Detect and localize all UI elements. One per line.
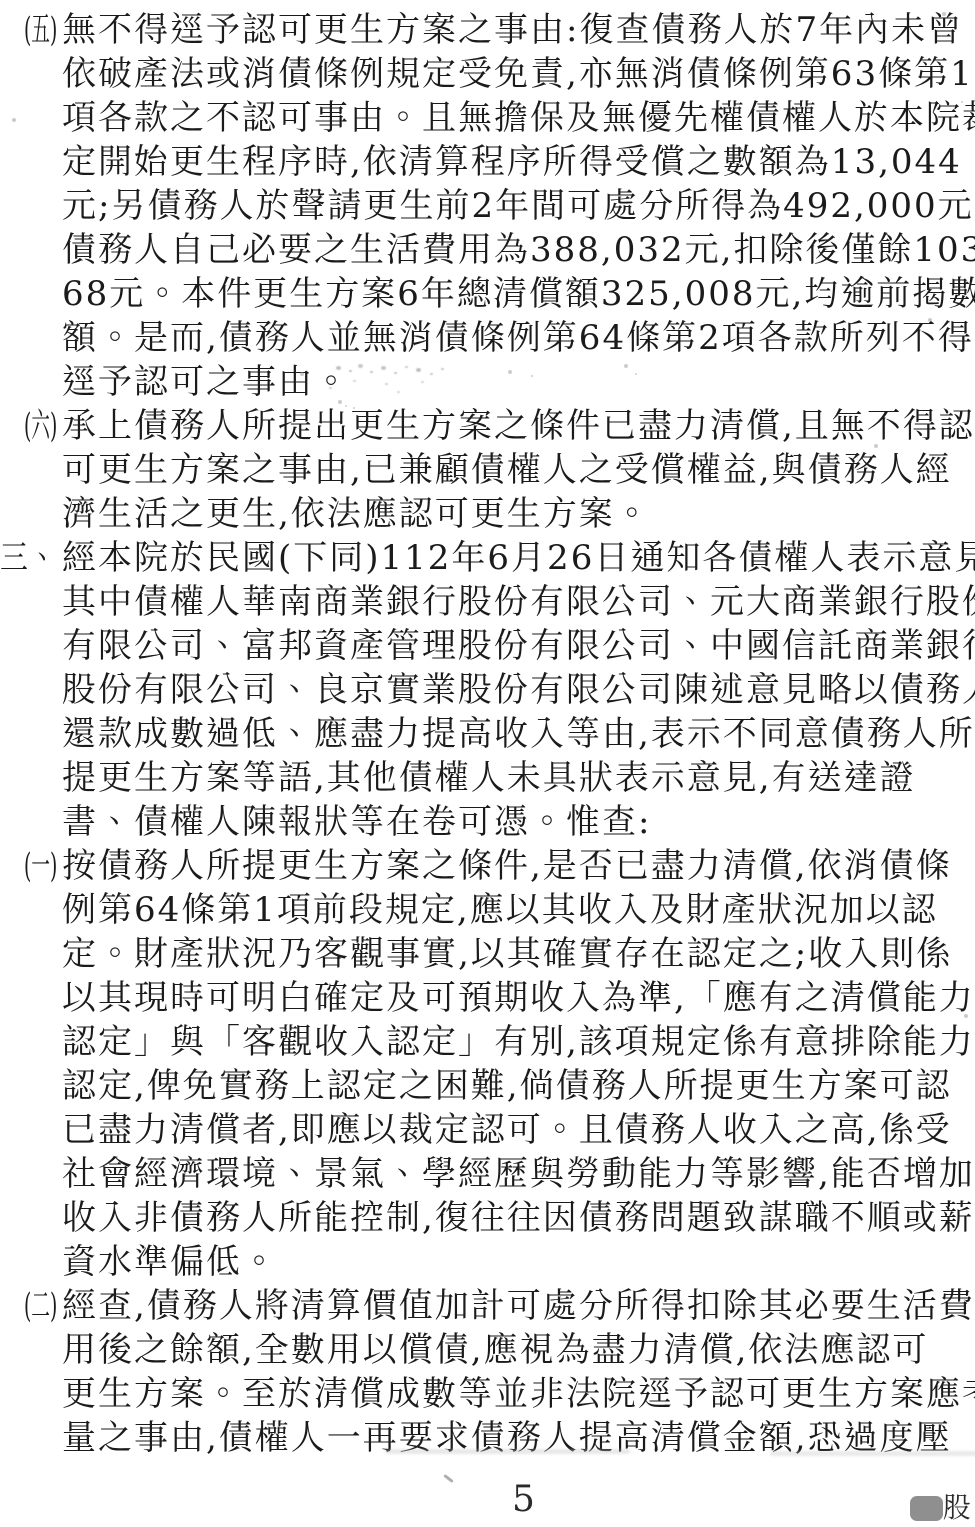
text-line: 收入非債務人所能控制,復往往因債務問題致謀職不順或薪 <box>62 1196 975 1240</box>
text-line: 股份有限公司、良京實業股份有限公司陳述意見略以債務人 <box>62 668 975 712</box>
text-line: 68元。本件更生方案6年總清償額325,008元,均逾前揭數 <box>62 272 975 316</box>
text-line: 逕予認可之事由。 <box>62 360 975 404</box>
text-line: 認定」與「客觀收入認定」有別,該項規定係有意排除能力 <box>62 1020 975 1064</box>
text-line: 已盡力清償者,即應以裁定認可。且債務人收入之高,係受 <box>62 1108 975 1152</box>
text-line: 經本院於民國(下同)112年6月26日通知各債權人表示意見, <box>62 536 975 580</box>
list-marker: (一) <box>24 844 57 888</box>
text-line: 按債務人所提更生方案之條件,是否已盡力清償,依消債條 <box>62 844 975 888</box>
text-line: 例第64條第1項前段規定,應以其收入及財產狀況加以認 <box>62 888 975 932</box>
text-line: 書、債權人陳報狀等在卷可憑。惟查: <box>62 800 975 844</box>
text-line: 量之事由,債權人一再要求債務人提高清償金額,恐過度壓 <box>62 1416 975 1460</box>
text-line: 用後之餘額,全數用以償債,應視為盡力清償,依法應認可 <box>62 1328 975 1372</box>
list-marker: (二) <box>24 1284 57 1328</box>
text-line: 承上債務人所提出更生方案之條件已盡力清償,且無不得認 <box>62 404 975 448</box>
paragraph: (五)無不得逕予認可更生方案之事由:復查債務人於7年內未曾依破產法或消債條例規定… <box>62 8 975 404</box>
list-marker: (六) <box>24 404 57 448</box>
text-line: 額。是而,債務人並無消債條例第64條第2項各款所列不得 <box>62 316 975 360</box>
text-line: 其中債權人華南商業銀行股份有限公司、元大商業銀行股份 <box>62 580 975 624</box>
paragraph: (二)經查,債務人將清算價值加計可處分所得扣除其必要生活費用後之餘額,全數用以償… <box>62 1284 975 1460</box>
text-line: 認定,俾免實務上認定之困難,倘債務人所提更生方案可認 <box>62 1064 975 1108</box>
document-page: (五)無不得逕予認可更生方案之事由:復查債務人於7年內未曾依破產法或消債條例規定… <box>0 0 975 1527</box>
clerk-stamp: 股 <box>910 1494 971 1522</box>
text-line: 定。財產狀況乃客觀事實,以其確實存在認定之;收入則係 <box>62 932 975 976</box>
text-line: 以其現時可明白確定及可預期收入為準,「應有之清償能力 <box>62 976 975 1020</box>
redaction-box <box>910 1496 943 1521</box>
paragraph: 三、經本院於民國(下同)112年6月26日通知各債權人表示意見,其中債權人華南商… <box>62 536 975 844</box>
text-line: 依破產法或消債條例規定受免責,亦無消債條例第63條第1 <box>62 52 975 96</box>
text-line: 還款成數過低、應盡力提高收入等由,表示不同意債務人所 <box>62 712 975 756</box>
text-line: 定開始更生程序時,依清算程序所得受償之數額為13,044 <box>62 140 975 184</box>
text-line: 社會經濟環境、景氣、學經歷與勞動能力等影響,能否增加 <box>62 1152 975 1196</box>
text-line: 經查,債務人將清算價值加計可處分所得扣除其必要生活費 <box>62 1284 975 1328</box>
text-line: 提更生方案等語,其他債權人未具狀表示意見,有送達證 <box>62 756 975 800</box>
text-line: 債務人自己必要之生活費用為388,032元,扣除後僅餘103,9 <box>62 228 975 272</box>
page-number: 5 <box>512 1480 535 1520</box>
text-line: 可更生方案之事由,已兼顧債權人之受償權益,與債務人經 <box>62 448 975 492</box>
list-marker: (五) <box>24 8 57 52</box>
text-block: (五)無不得逕予認可更生方案之事由:復查債務人於7年內未曾依破產法或消債條例規定… <box>0 8 975 1460</box>
list-marker: 三、 <box>0 536 57 580</box>
text-line: 濟生活之更生,依法應認可更生方案。 <box>62 492 975 536</box>
stamp-label: 股 <box>943 1494 971 1522</box>
text-line: 無不得逕予認可更生方案之事由:復查債務人於7年內未曾 <box>62 8 975 52</box>
text-line: 資水準偏低。 <box>62 1240 975 1284</box>
paragraph: (六)承上債務人所提出更生方案之條件已盡力清償,且無不得認可更生方案之事由,已兼… <box>62 404 975 536</box>
text-line: 有限公司、富邦資產管理股份有限公司、中國信託商業銀行 <box>62 624 975 668</box>
text-line: 更生方案。至於清償成數等並非法院逕予認可更生方案應考 <box>62 1372 975 1416</box>
text-line: 項各款之不認可事由。且無擔保及無優先權債權人於本院裁 <box>62 96 975 140</box>
paragraph: (一)按債務人所提更生方案之條件,是否已盡力清償,依消債條例第64條第1項前段規… <box>62 844 975 1284</box>
scan-tick <box>443 1474 454 1483</box>
text-line: 元;另債務人於聲請更生前2年間可處分所得為492,000元, <box>62 184 975 228</box>
